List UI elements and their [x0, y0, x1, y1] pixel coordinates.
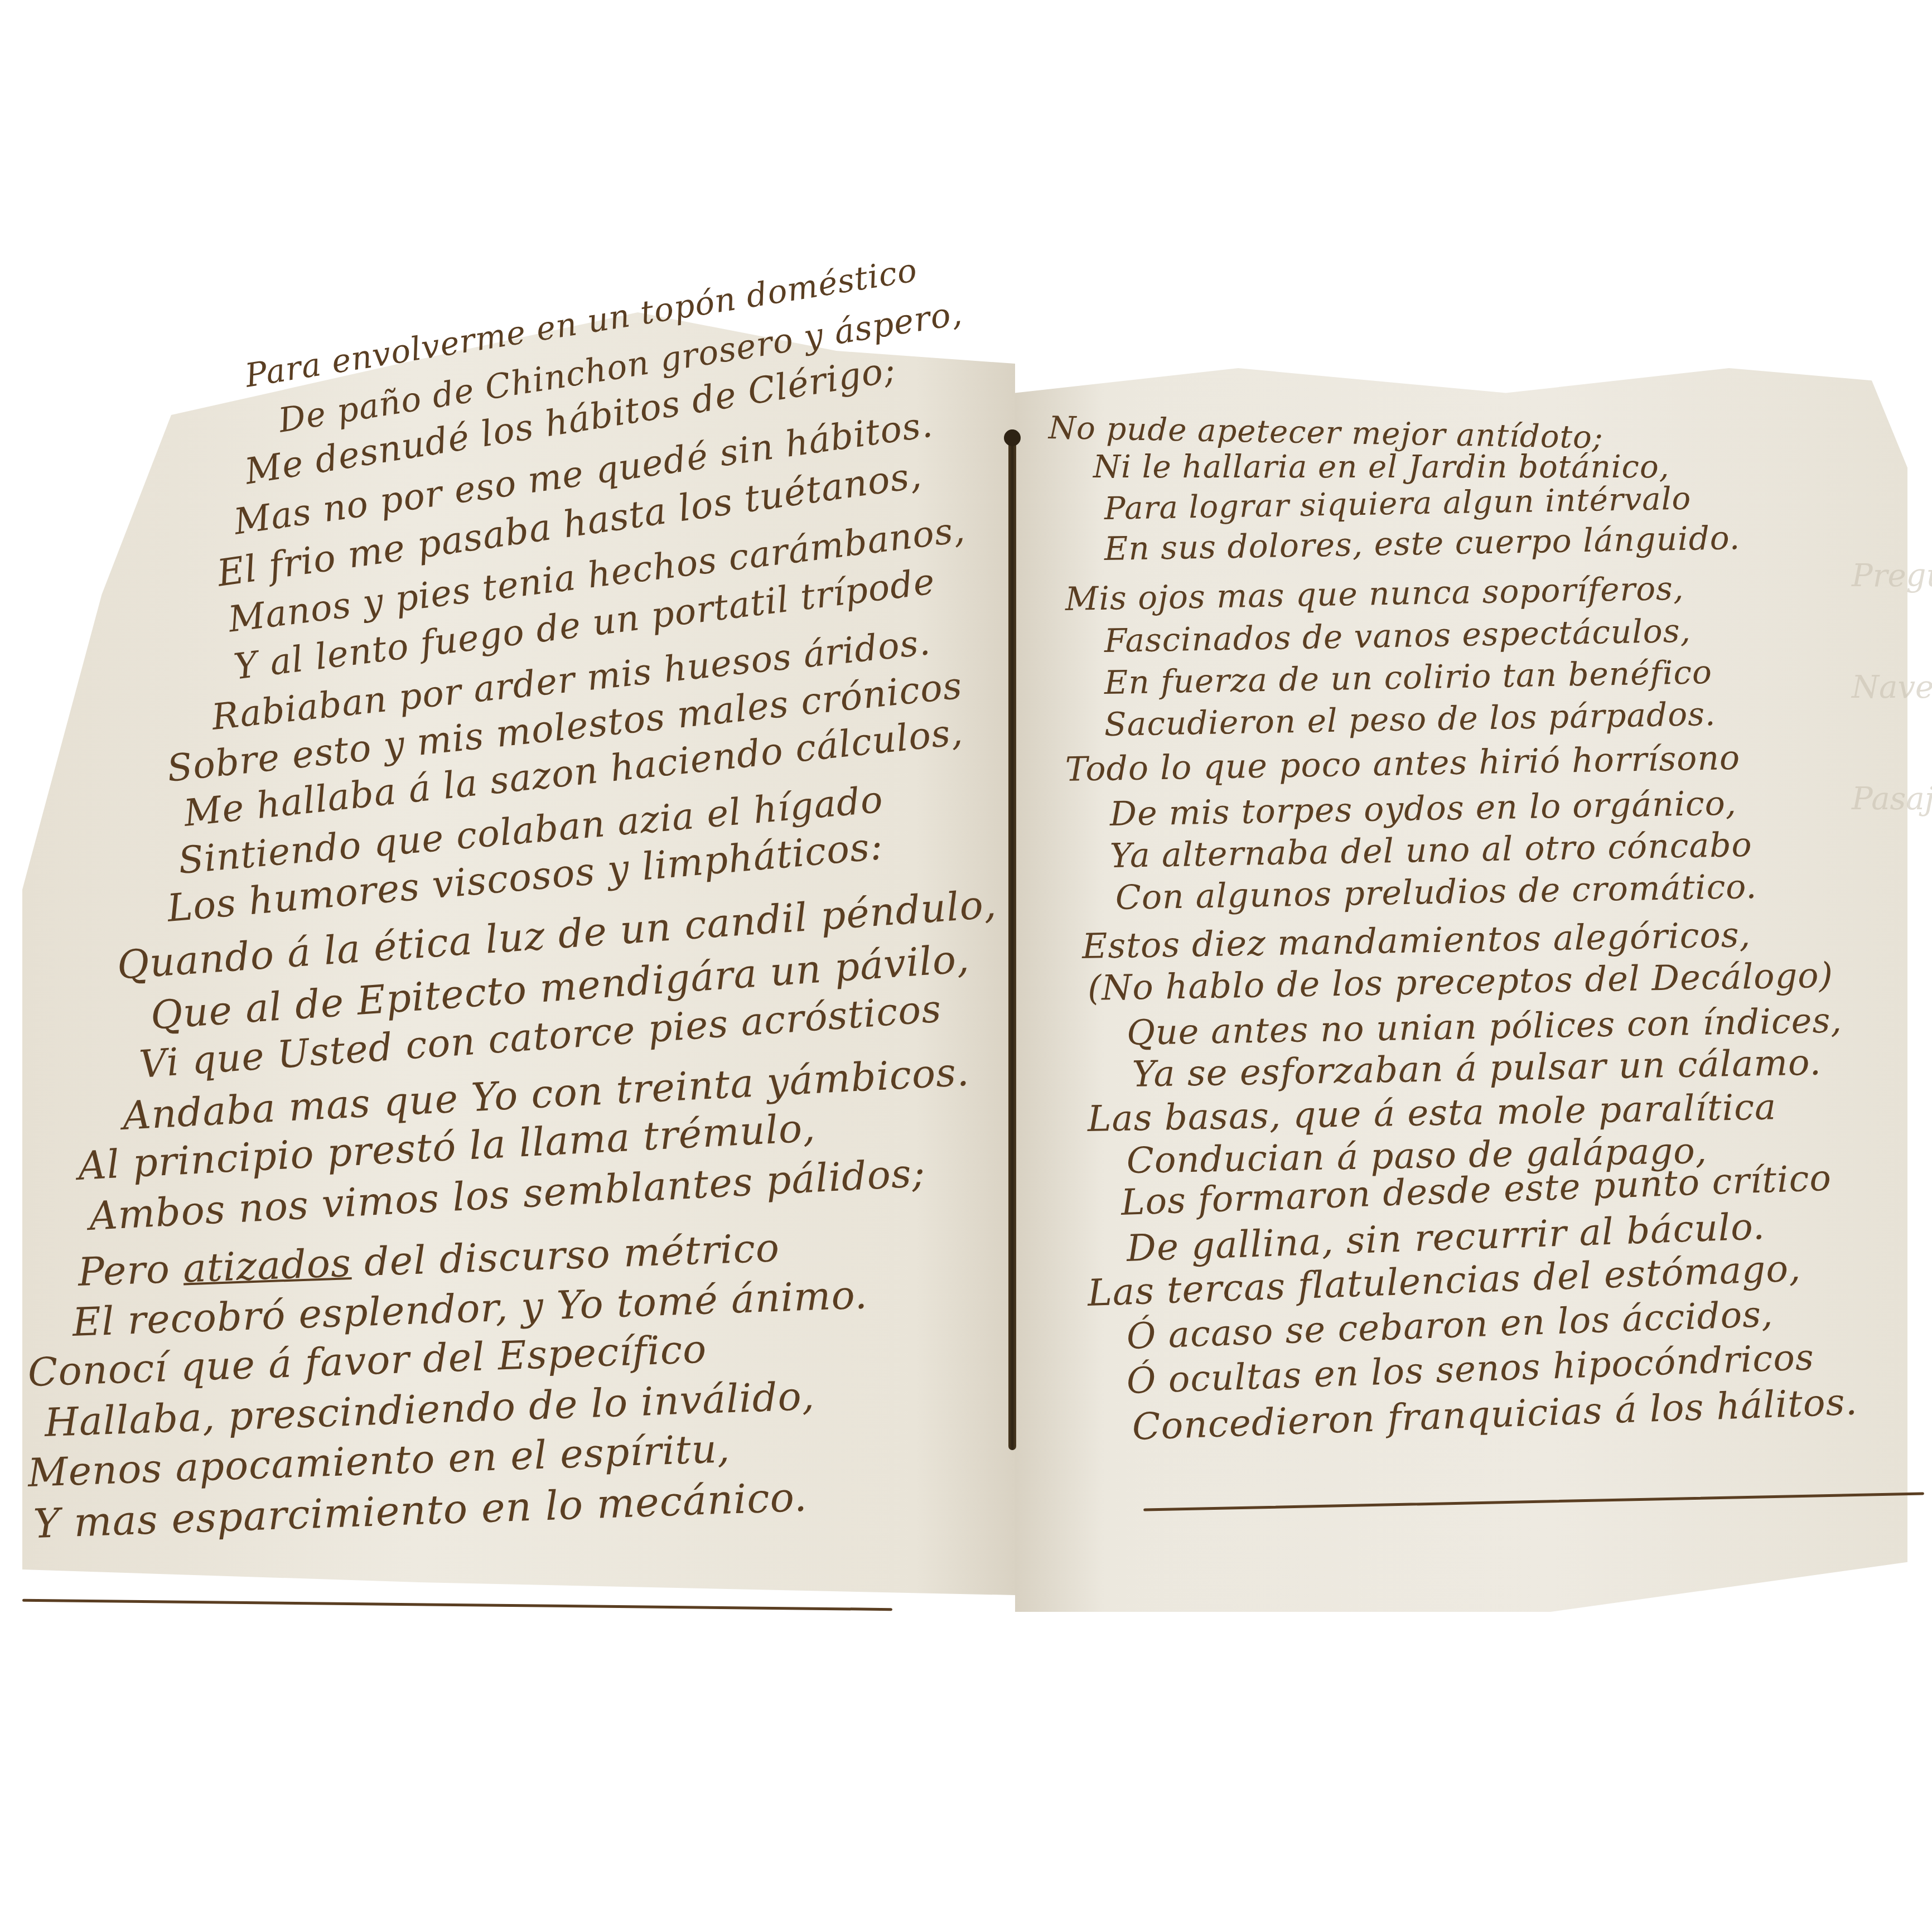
underlined-word: atizados	[182, 1240, 352, 1291]
closing-rule-left	[22, 1599, 892, 1611]
bleed-through-text: Pregunto	[1852, 558, 1932, 594]
bleed-through-text: Pasaje	[1852, 781, 1932, 817]
binding-thread	[1008, 429, 1016, 1450]
verse-word: Pero	[78, 1245, 184, 1295]
bleed-through-text: Nave	[1852, 669, 1932, 706]
manuscript-photo: Pregunto Nave Pasaje Para envolverme en …	[0, 0, 1932, 1932]
binding-knot	[1004, 429, 1021, 446]
verse-line: Ni le hallaria en el Jardin botánico,	[1093, 449, 1670, 485]
